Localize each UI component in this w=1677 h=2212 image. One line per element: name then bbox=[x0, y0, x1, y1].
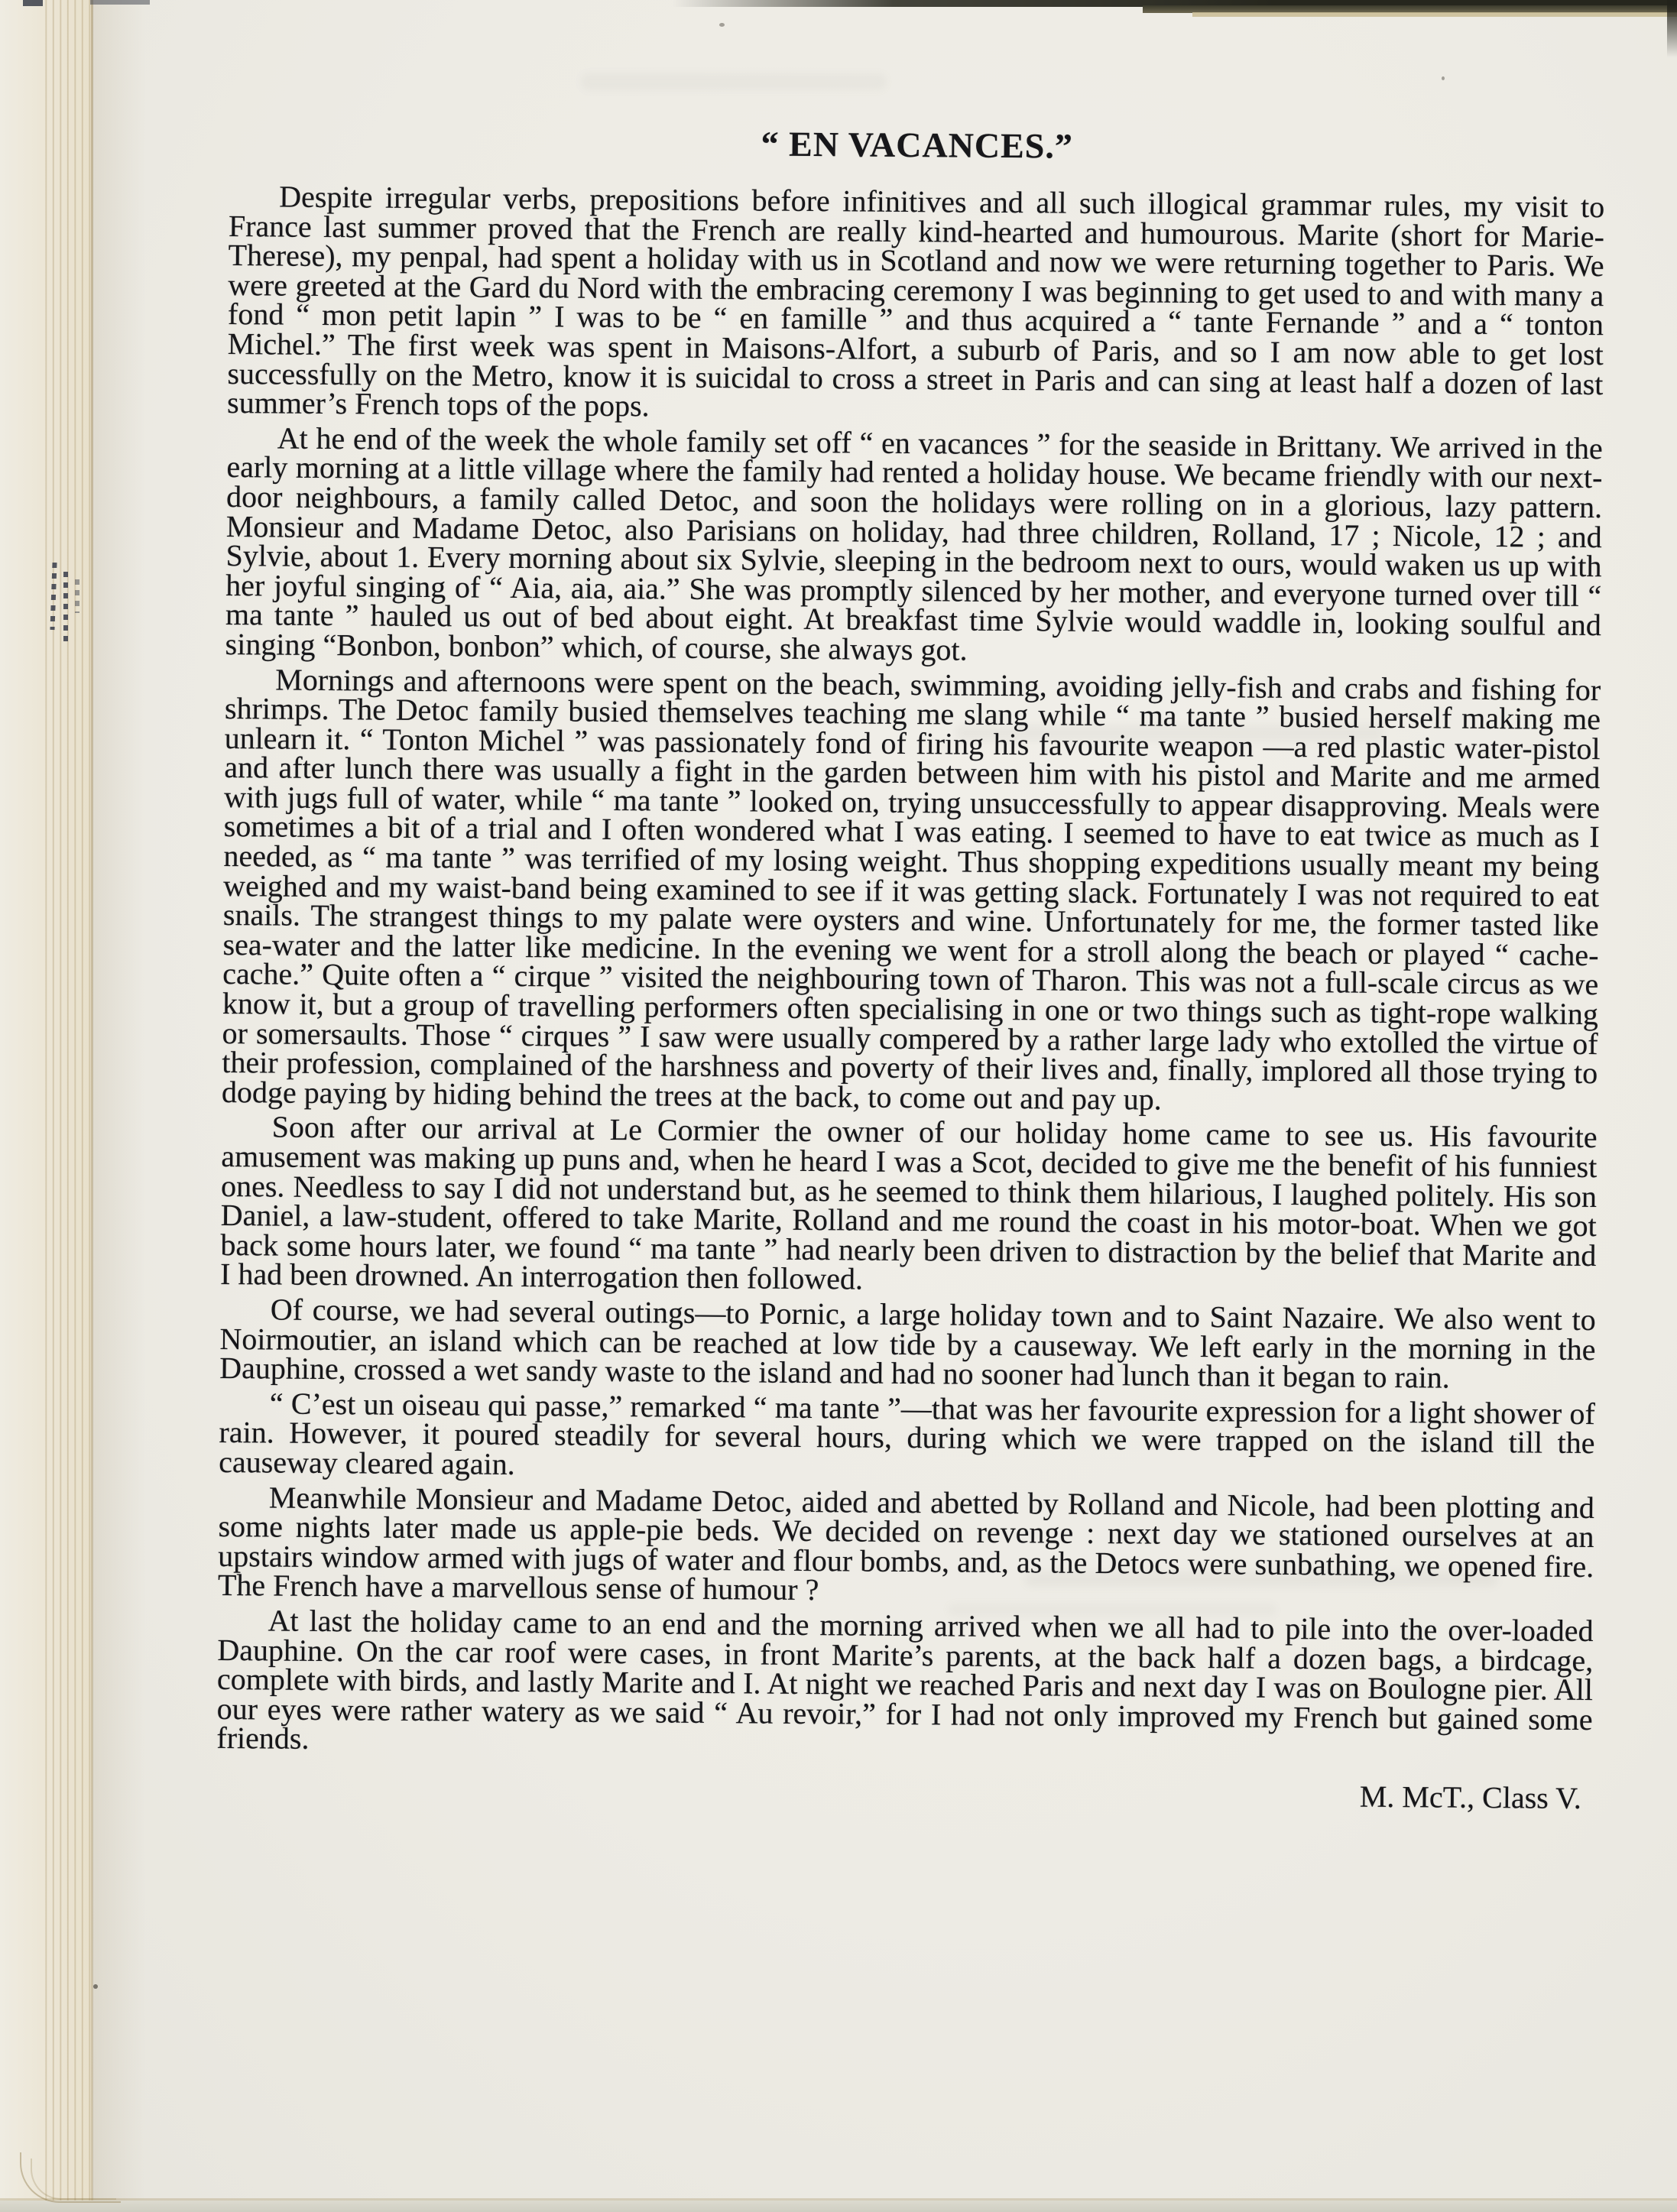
bleed-through-smudge bbox=[581, 73, 887, 90]
book-bottom-edge bbox=[0, 2201, 1677, 2212]
author-signature: M. McT., Class V. bbox=[216, 1773, 1592, 1814]
top-left-edge-mark bbox=[23, 0, 43, 6]
essay-paragraph-7: Meanwhile Monsieur and Madame Detoc, aid… bbox=[218, 1482, 1594, 1611]
paper-speck bbox=[719, 23, 725, 27]
page-edge-print-mark bbox=[75, 579, 79, 613]
book-top-right-corner bbox=[1667, 0, 1677, 57]
page-edge-print-mark bbox=[63, 572, 68, 645]
page-edge-stack bbox=[0, 0, 92, 2201]
paper-speck bbox=[1442, 76, 1445, 80]
book-top-edge-highlight bbox=[1192, 12, 1677, 17]
page-edge-stripes bbox=[40, 0, 92, 2201]
essay-paragraph-1: Despite irregular verbs, prepositions be… bbox=[227, 182, 1604, 429]
essay-body: “ EN VACANCES.” Despite irregular verbs,… bbox=[216, 122, 1605, 1814]
essay-paragraph-6: “ C’est un oiseau qui passe,” remarked “… bbox=[219, 1389, 1595, 1488]
essay-title: “ EN VACANCES.” bbox=[229, 122, 1605, 168]
essay-paragraph-3: Mornings and afternoons were spent on th… bbox=[222, 664, 1601, 1117]
paper-speck bbox=[93, 1984, 98, 1989]
essay-paragraph-8: At last the holiday came to an end and t… bbox=[216, 1606, 1593, 1764]
essay-paragraph-4: Soon after our arrival at Le Cormier the… bbox=[220, 1112, 1598, 1300]
book-page-scan: “ EN VACANCES.” Despite irregular verbs,… bbox=[0, 0, 1677, 2212]
gutter-shadow bbox=[92, 0, 146, 2212]
essay-paragraph-2: At he end of the week the whole family s… bbox=[225, 423, 1602, 670]
essay-paragraph-5: Of course, we had several outings—to Por… bbox=[219, 1295, 1596, 1394]
top-left-edge-mark bbox=[90, 0, 150, 5]
bottom-left-page-curve bbox=[31, 2158, 116, 2200]
